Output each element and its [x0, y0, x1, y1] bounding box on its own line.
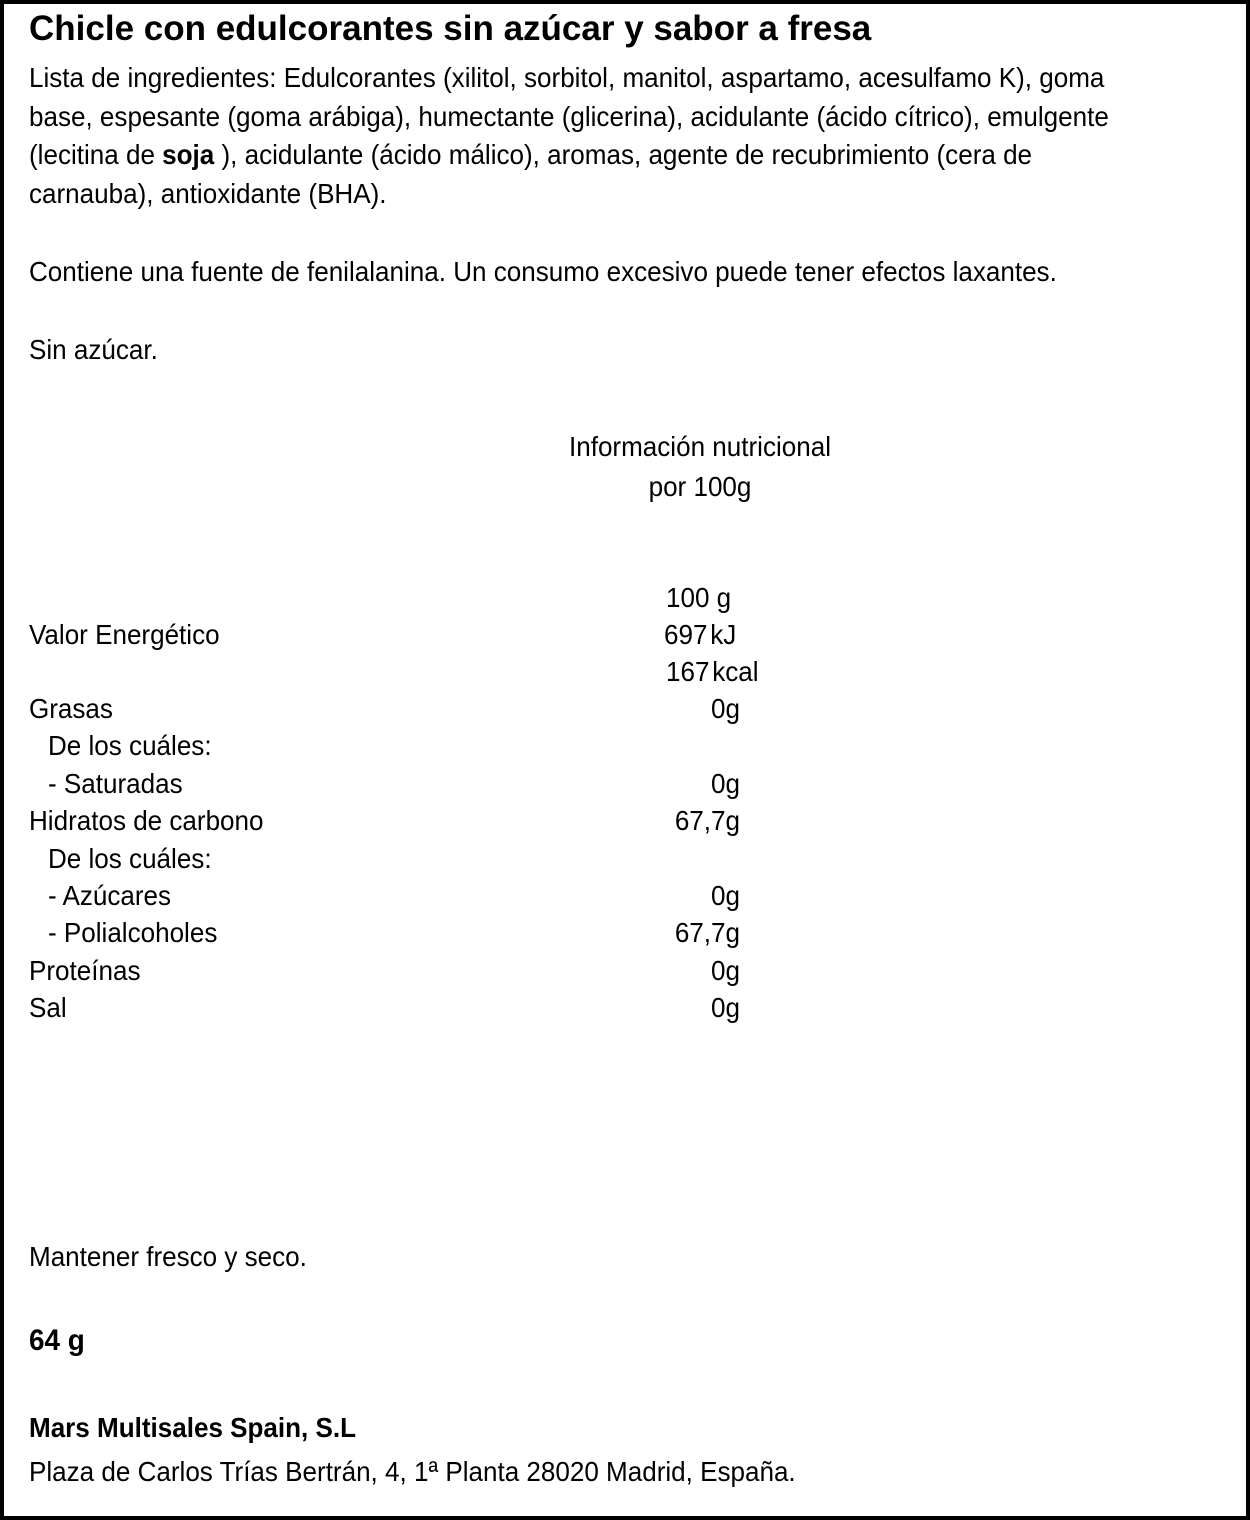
nutrition-row-value: 0g: [576, 989, 740, 1026]
nutrition-subheading: por 100g: [514, 468, 886, 505]
nutrition-column-header: 100 g: [666, 579, 731, 616]
nutrition-row-value: 0g: [576, 952, 740, 989]
nutrition-row-value: 67,7g: [576, 914, 740, 951]
net-weight: 64 g: [29, 1322, 85, 1359]
energy-label: Valor Energético: [29, 616, 220, 653]
phenylalanine-warning: Contiene una fuente de fenilalanina. Un …: [29, 253, 1126, 292]
nutrition-row-label: Hidratos de carbono: [29, 802, 264, 839]
nutrition-row-label: - Saturadas: [48, 765, 183, 802]
energy-kcal: 167kcal: [666, 653, 759, 690]
nutrition-row-label: - Polialcoholes: [48, 914, 217, 951]
sugar-free-claim: Sin azúcar.: [29, 331, 1126, 370]
energy-kcal-value: 167: [666, 656, 709, 687]
allergen-soja: soja: [162, 139, 214, 170]
nutrition-row-label: Sal: [29, 989, 67, 1026]
nutrition-row-value: 0g: [576, 690, 740, 727]
nutrition-row-value: 0g: [576, 765, 740, 802]
nutrition-row-value: 67,7g: [576, 802, 740, 839]
nutrition-row-label: Grasas: [29, 690, 113, 727]
energy-kcal-unit: kcal: [712, 656, 758, 687]
energy-kj-value: 697: [664, 619, 707, 650]
nutrition-row-label: - Azúcares: [48, 877, 171, 914]
storage-instructions: Mantener fresco y seco.: [29, 1238, 1126, 1277]
nutrition-row-value: 0g: [576, 877, 740, 914]
nutrition-row-label: Proteínas: [29, 952, 140, 989]
energy-kj-unit: kJ: [710, 619, 736, 650]
product-title: Chicle con edulcorantes sin azúcar y sab…: [29, 7, 871, 51]
company-address: Plaza de Carlos Trías Bertrán, 4, 1ª Pla…: [29, 1453, 796, 1490]
nutrition-heading: Información nutricional: [514, 428, 886, 465]
ingredients-list: Lista de ingredientes: Edulcorantes (xil…: [29, 59, 1126, 213]
nutrition-row-label: De los cuáles:: [48, 727, 212, 764]
company-name: Mars Multisales Spain, S.L: [29, 1409, 356, 1446]
label-frame: Chicle con edulcorantes sin azúcar y sab…: [0, 0, 1250, 1520]
nutrition-row-label: De los cuáles:: [48, 840, 212, 877]
energy-kj: 697kJ: [664, 616, 736, 653]
